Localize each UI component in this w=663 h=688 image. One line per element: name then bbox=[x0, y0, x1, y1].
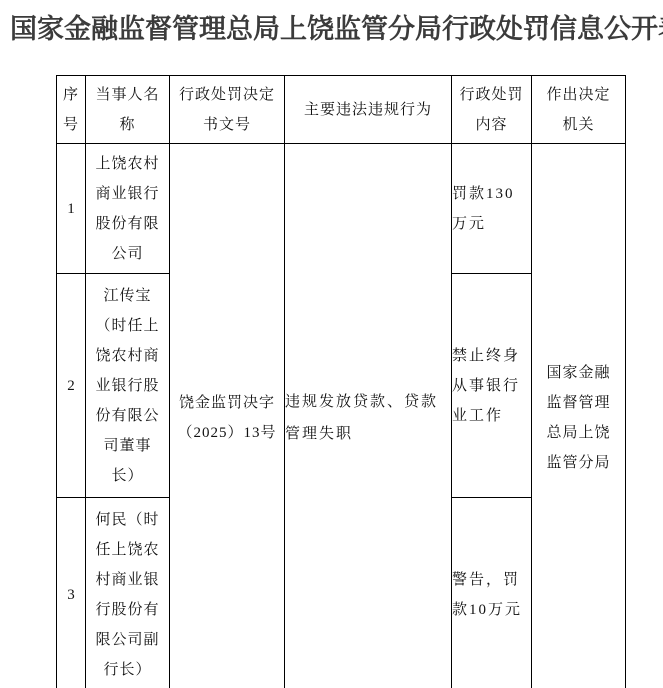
main-violation-cell: 违规发放贷款、贷款 管理失职 bbox=[285, 144, 452, 688]
table-row: 1 上饶农村 商业银行 股份有限 公司 饶金监罚决字 （2025）13号 违规发… bbox=[57, 144, 626, 274]
row-3-index: 3 bbox=[57, 498, 86, 688]
header-penalty-content: 行政处罚 内容 bbox=[452, 76, 532, 144]
penalty-table: 序 号 当事人名 称 行政处罚决定 书文号 主要违法违规行为 行政处罚 内容 作… bbox=[56, 75, 626, 688]
row-3-penalty: 警告，罚 款10万元 bbox=[452, 498, 532, 688]
header-index: 序 号 bbox=[57, 76, 86, 144]
decision-doc-number-cell: 饶金监罚决字 （2025）13号 bbox=[170, 144, 285, 688]
row-1-party-name: 上饶农村 商业银行 股份有限 公司 bbox=[86, 144, 170, 274]
penalty-disclosure-page: 国家金融监督管理总局上饶监管分局行政处罚信息公开表 序 号 当事人名 称 行政处… bbox=[0, 0, 663, 688]
row-2-penalty: 禁止终身 从事银行 业工作 bbox=[452, 274, 532, 498]
page-title: 国家金融监督管理总局上饶监管分局行政处罚信息公开表 bbox=[10, 14, 663, 46]
table-header-row: 序 号 当事人名 称 行政处罚决定 书文号 主要违法违规行为 行政处罚 内容 作… bbox=[57, 76, 626, 144]
row-1-index: 1 bbox=[57, 144, 86, 274]
deciding-authority-cell: 国家金融 监督管理 总局上饶 监管分局 bbox=[532, 144, 626, 688]
row-2-party-name: 江传宝 （时任上 饶农村商 业银行股 份有限公 司董事 长） bbox=[86, 274, 170, 498]
row-1-penalty: 罚款130 万元 bbox=[452, 144, 532, 274]
header-main-violation: 主要违法违规行为 bbox=[285, 76, 452, 144]
row-3-party-name: 何民（时 任上饶农 村商业银 行股份有 限公司副 行长） bbox=[86, 498, 170, 688]
header-deciding-authority: 作出决定 机关 bbox=[532, 76, 626, 144]
row-2-index: 2 bbox=[57, 274, 86, 498]
header-decision-doc-number: 行政处罚决定 书文号 bbox=[170, 76, 285, 144]
header-party-name: 当事人名 称 bbox=[86, 76, 170, 144]
